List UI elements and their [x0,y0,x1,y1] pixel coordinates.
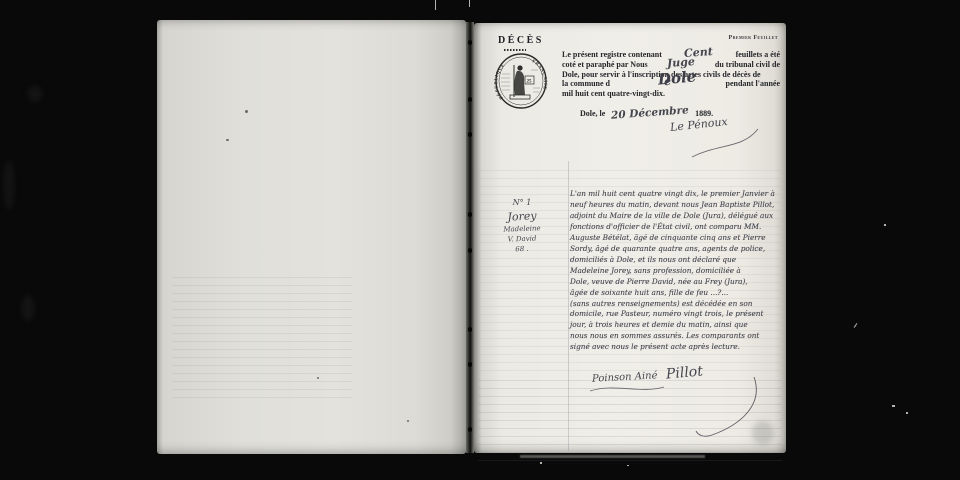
printed-text: la commune d [562,79,610,89]
page-edge-sliver [520,455,705,458]
preamble-line-2: coté et paraphé par Nous Juge du tribuna… [562,60,780,70]
paper-speck [407,420,409,422]
spine-stitch [468,362,472,367]
act-line: Auguste Bétélat, âgé de cinquante cinq a… [570,233,780,244]
act-line: adjoint du Maire de la ville de Dole (Ju… [570,211,780,222]
death-act-body: L'an mil huit cent quatre vingt dix, le … [570,189,780,353]
printed-text: mil huit cent quatre-vingt-dix. [562,89,665,99]
act-line: domicile, rue Pasteur, numéro vingt troi… [570,309,780,320]
spine-stitch [468,40,472,45]
act-line: (sans autres renseignements) est décédée… [570,299,780,310]
dust-speck [884,224,886,226]
film-scratch [435,0,436,10]
printed-text: coté et paraphé par Nous [562,60,648,70]
title-ornament-rule [504,49,526,51]
paper-speck [317,377,319,379]
preamble-line-4: la commune d e Dole pendant l'année [562,79,780,89]
dust-speck [540,462,542,464]
act-line: Madeleine Jorey, sans profession, domici… [570,266,780,277]
dateline-prefix: Dole, le [580,109,605,118]
film-smudge [4,160,14,210]
ruled-lines-bottom [478,373,782,465]
printed-text: feuillets a été [736,50,780,60]
spine-stitch [468,427,472,432]
page-title-deces: DÉCÈS [498,35,544,46]
act-line: L'an mil huit cent quatre vingt dix, le … [570,189,780,200]
revenue-stamp: RÉPUBLIQUE FRANÇAISE 25 [493,52,549,110]
printed-text: pendant l'année [726,79,780,89]
dust-speck [627,465,629,466]
dust-speck [854,323,858,328]
svg-text:RÉPUBLIQUE: RÉPUBLIQUE [493,62,505,100]
stamp-text-left: RÉPUBLIQUE [493,62,505,100]
printed-preamble: Le présent registre contenant Cent feuil… [562,50,780,99]
spine-stitch [468,97,472,102]
act-line: signé avec nous le présent acte après le… [570,342,780,353]
spine-stitch [468,132,472,137]
act-line: jour, à trois heures et demie du matin, … [570,320,780,331]
deceased-surname: Jorey [486,208,559,225]
paper-speck [245,110,248,113]
stamp-text-right: FRANÇAISE [531,58,548,90]
act-line: nous nous en sommes assurés. Les compara… [570,331,780,342]
officer-signature: Pillot [665,363,703,382]
margin-act-note: N° 1 Jorey Madeleine V. David 68 . [486,198,558,253]
spine-stitch [468,248,472,253]
film-scratch [469,0,470,7]
deceased-firstname: Madeleine [486,224,558,235]
stamp-value: 25 [527,80,533,85]
widow-of: V. David [486,234,558,245]
dust-speck [892,405,895,407]
film-smudge [28,86,42,102]
deceased-age: 68 . [486,244,558,255]
book-spine [466,22,474,453]
stamp-figure-marianne: 25 [501,65,540,99]
witness-signature: Poinson Ainé [592,370,658,384]
act-line: fonctions d'officier de l'État civil, on… [570,222,780,233]
act-line: âgée de soixante huit ans, fille de feu … [570,288,780,299]
act-line: domiciliés à Dole, et ils nous ont décla… [570,255,780,266]
paper-stain [752,421,774,445]
act-line: Dole, veuve de Pierre David, née au Frey… [570,277,780,288]
act-number: N° 1 [486,198,558,207]
paper-speck [226,139,229,141]
printed-text: du tribunal civil de [715,60,780,70]
dust-speck [906,412,908,414]
archive-scan-background: DÉCÈS Premier Feuillet RÉPUBLIQUE FRANÇA… [0,0,960,480]
margin-rule [568,161,569,451]
dateline: Dole, le 20 Décembre 1889. [580,107,713,119]
svg-text:FRANÇAISE: FRANÇAISE [531,58,548,90]
preamble-line-5: mil huit cent quatre-vingt-dix. [562,89,780,99]
film-smudge [22,295,34,321]
printed-text: Le présent registre contenant [562,50,662,60]
act-line: Sordy, âgé de quarante quatre ans, agent… [570,244,780,255]
right-page: DÉCÈS Premier Feuillet RÉPUBLIQUE FRANÇA… [474,23,786,453]
act-line: neuf heures du matin, devant nous Jean B… [570,200,780,211]
left-page [157,20,466,454]
spine-stitch [468,212,472,217]
left-page-ruled-lines [172,270,352,400]
handwritten-date: 20 Décembre [611,104,689,121]
spine-stitch [468,327,472,332]
corner-note-premier-feuillet: Premier Feuillet [712,35,778,41]
handwritten-commune-dole: Dole [658,73,697,86]
